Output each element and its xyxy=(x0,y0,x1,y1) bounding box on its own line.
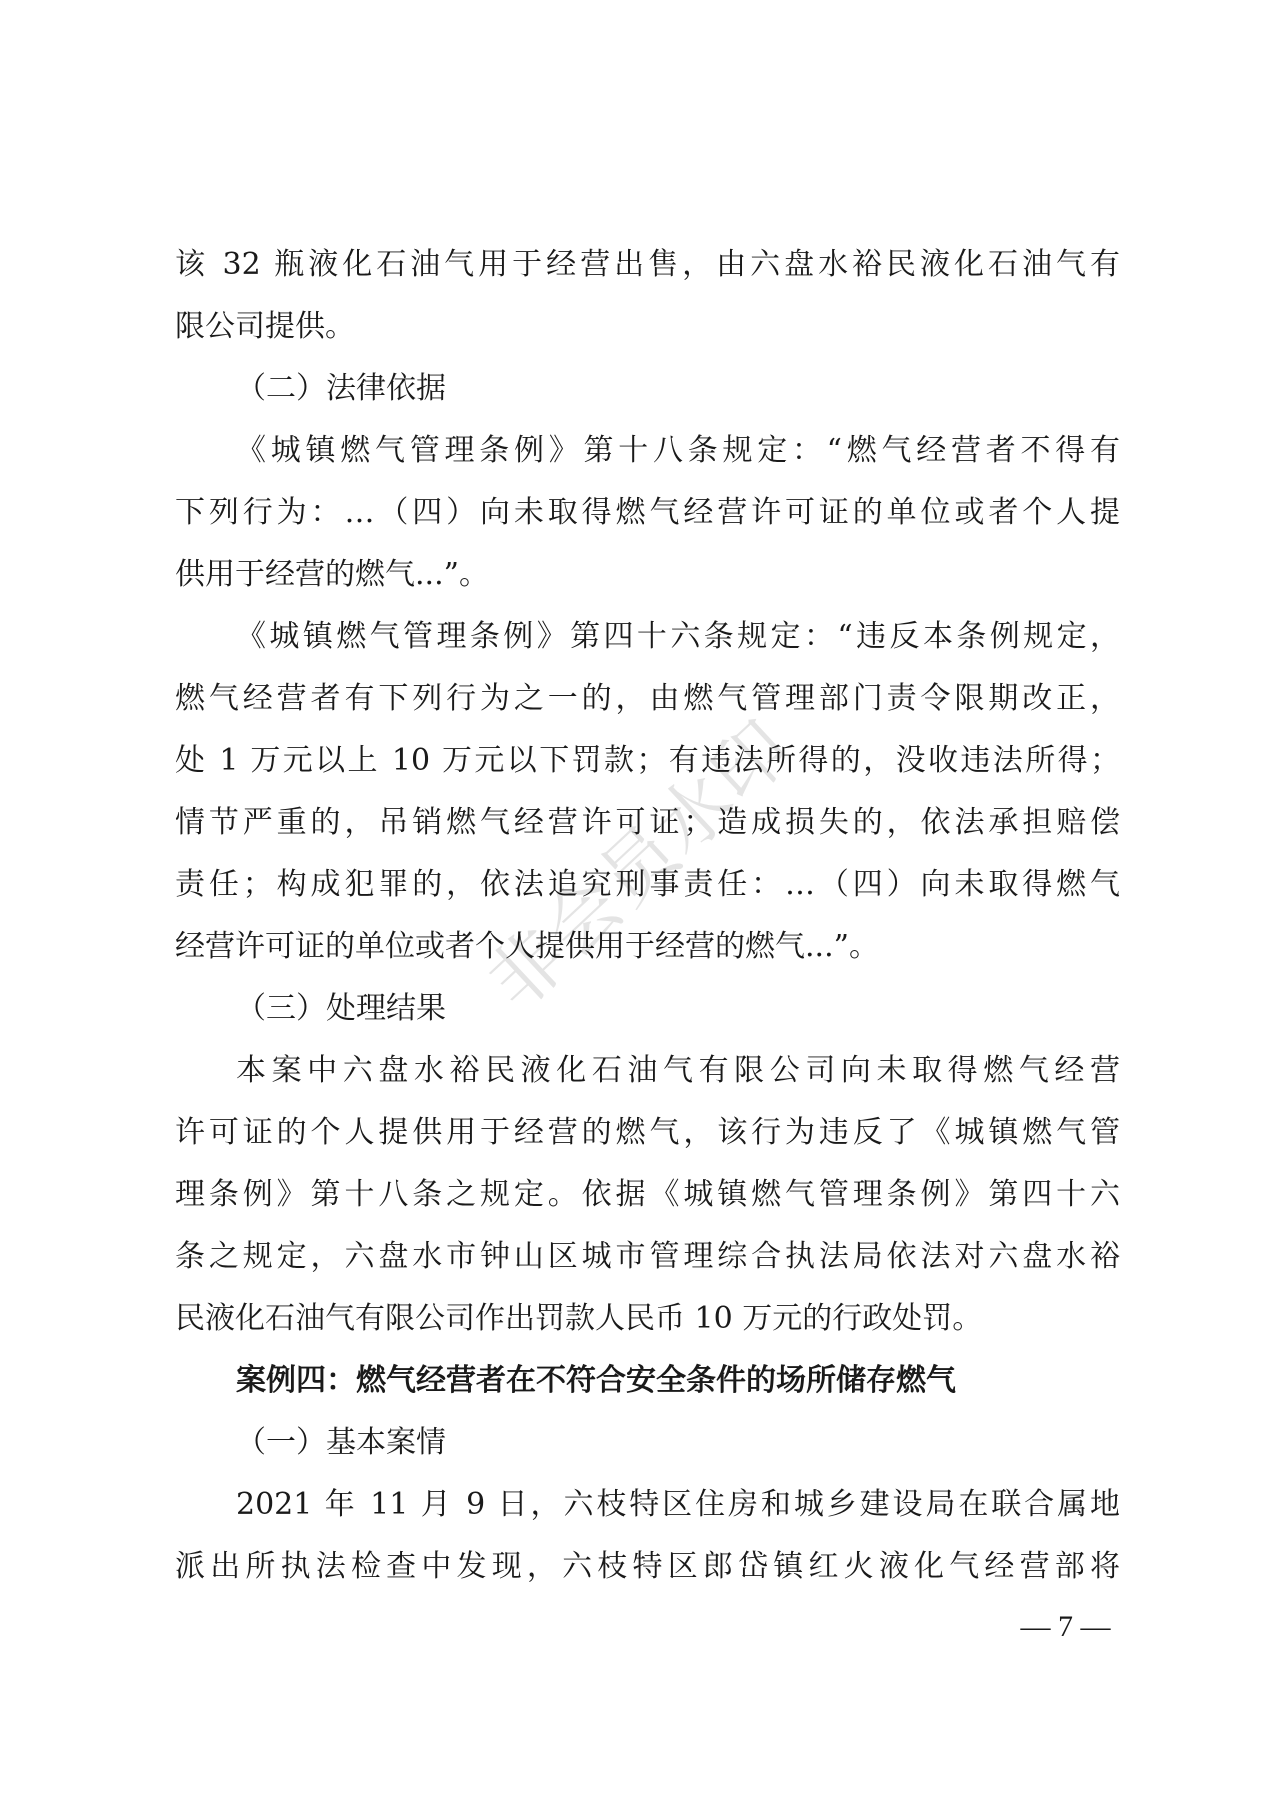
paragraph-line: 该 32 瓶液化石油气用于经营出售，由六盘水裕民液化石油气有 xyxy=(175,245,1120,285)
document-page: 非会员水印 该 32 瓶液化石油气用于经营出售，由六盘水裕民液化石油气有 限公司… xyxy=(0,0,1280,1810)
paragraph-line: 《城镇燃气管理条例》第四十六条规定：“违反本条例规定， xyxy=(236,617,1120,657)
paragraph-line: 限公司提供。 xyxy=(175,307,1120,347)
paragraph-line: 经营许可证的单位或者个人提供用于经营的燃气...”。 xyxy=(175,927,1120,967)
paragraph-line: 民液化石油气有限公司作出罚款人民币 10 万元的行政处罚。 xyxy=(175,1299,1120,1339)
paragraph-line: 下列行为：…（四）向未取得燃气经营许可证的单位或者个人提 xyxy=(175,493,1120,533)
paragraph-line: 许可证的个人提供用于经营的燃气，该行为违反了《城镇燃气管 xyxy=(175,1113,1120,1153)
paragraph-line: 情节严重的，吊销燃气经营许可证；造成损失的，依法承担赔偿 xyxy=(175,803,1120,843)
paragraph-line: 处 1 万元以上 10 万元以下罚款；有违法所得的，没收违法所得； xyxy=(175,741,1120,781)
page-number: — 7 — xyxy=(1008,1607,1123,1647)
paragraph-line: 《城镇燃气管理条例》第十八条规定：“燃气经营者不得有 xyxy=(236,431,1120,471)
section-heading-result: （三）处理结果 xyxy=(236,989,1120,1029)
paragraph-line: 条之规定，六盘水市钟山区城市管理综合执法局依法对六盘水裕 xyxy=(175,1237,1120,1277)
paragraph-line: 理条例》第十八条之规定。依据《城镇燃气管理条例》第四十六 xyxy=(175,1175,1120,1215)
paragraph-line: 供用于经营的燃气...”。 xyxy=(175,555,1120,595)
paragraph-line: 2021 年 11 月 9 日，六枝特区住房和城乡建设局在联合属地 xyxy=(236,1485,1120,1525)
paragraph-line: 燃气经营者有下列行为之一的，由燃气管理部门责令限期改正， xyxy=(175,679,1120,719)
case-title: 案例四：燃气经营者在不符合安全条件的场所储存燃气 xyxy=(236,1361,1120,1401)
document-body: 该 32 瓶液化石油气用于经营出售，由六盘水裕民液化石油气有 限公司提供。 （二… xyxy=(0,0,1280,1810)
paragraph-line: 派出所执法检查中发现，六枝特区郎岱镇红火液化气经营部将 xyxy=(175,1547,1120,1587)
section-heading-basic-facts: （一）基本案情 xyxy=(236,1423,1120,1463)
paragraph-line: 责任；构成犯罪的，依法追究刑事责任：…（四）向未取得燃气 xyxy=(175,865,1120,905)
paragraph-line: 本案中六盘水裕民液化石油气有限公司向未取得燃气经营 xyxy=(236,1051,1120,1091)
section-heading-legal-basis: （二）法律依据 xyxy=(236,369,1120,409)
